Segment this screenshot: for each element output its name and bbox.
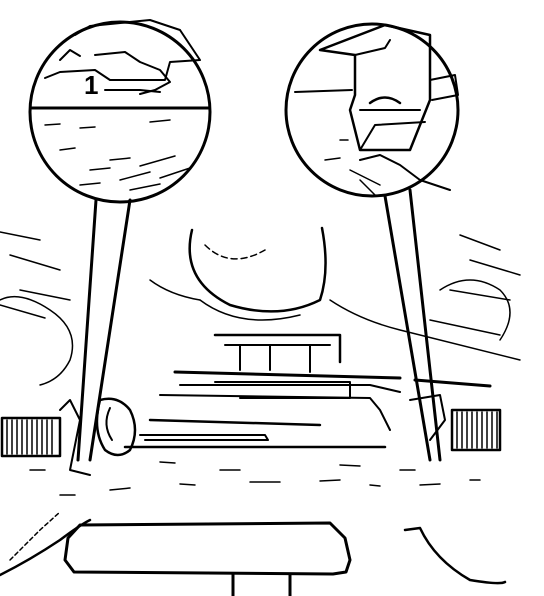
technical-illustration [0,0,544,596]
background-strokes [0,232,520,385]
left-callout-circle [30,20,210,460]
right-callout-circle [286,24,458,460]
mechanism-assembly [60,335,400,475]
callout-label-1: 1 [84,72,98,98]
central-dome [190,228,326,320]
left-corrugated-hose [2,418,60,456]
bottom-plate [65,523,350,596]
